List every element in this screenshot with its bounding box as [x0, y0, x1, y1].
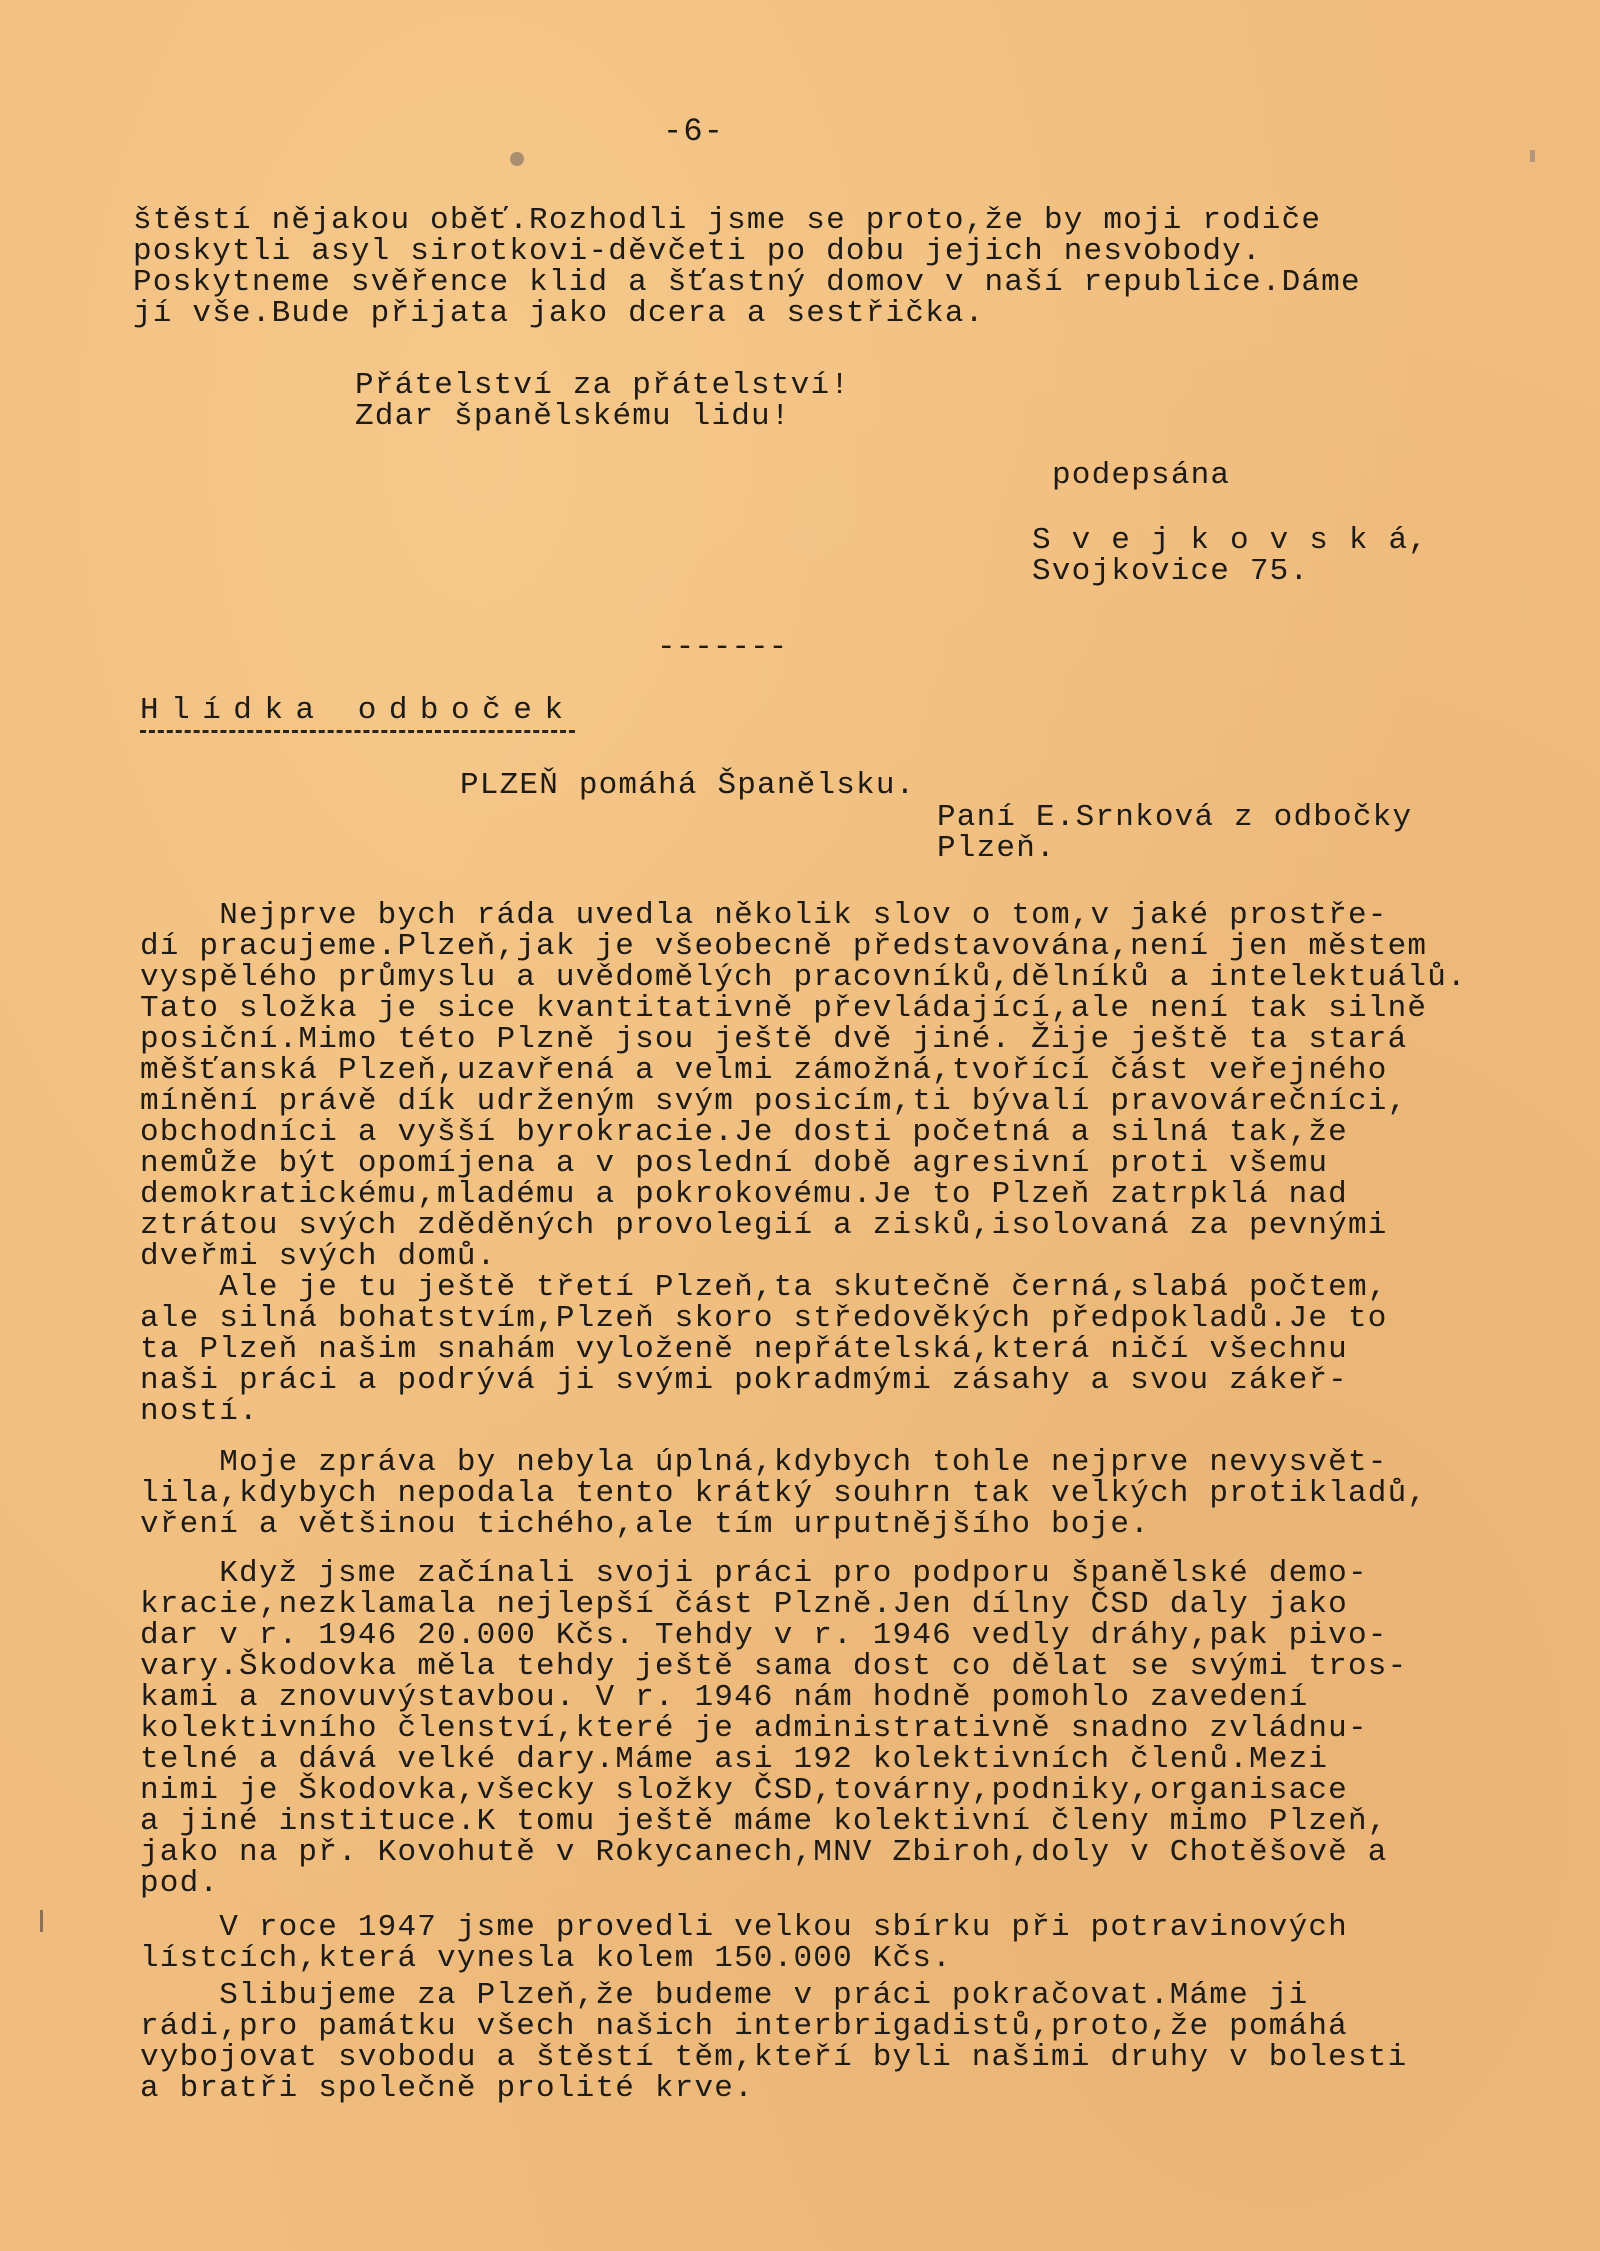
- signature-label: podepsána: [1052, 460, 1230, 491]
- margin-mark: [1530, 150, 1535, 162]
- body-line: demokratickému,mladému a pokrokovému.Je …: [140, 1179, 1348, 1210]
- body-line: naši práci a podrývá ji svými pokradmými…: [140, 1365, 1348, 1396]
- body-line: ale silná bohatstvím,Plzeň skoro středov…: [140, 1303, 1388, 1334]
- body-line: vary.Škodovka měla tehdy ještě sama dost…: [140, 1651, 1407, 1682]
- body-line: pod.: [140, 1868, 219, 1899]
- body-line: a bratři společně prolité krve.: [140, 2073, 754, 2104]
- body-line: vření a většinou tichého,ale tím urputně…: [140, 1509, 1150, 1540]
- body-line: mínění právě dík udrženým svým posicím,t…: [140, 1086, 1407, 1117]
- body-line: Nejprve bych ráda uvedla několik slov o …: [140, 900, 1388, 931]
- body-line: ta Plzeň našim snahám vyloženě nepřátels…: [140, 1334, 1348, 1365]
- body-line: obchodníci a vyšší byrokracie.Je dosti p…: [140, 1117, 1348, 1148]
- opening-line-2: poskytli asyl sirotkovi-děvčeti po dobu …: [133, 236, 1262, 267]
- body-line: lístcích,která vynesla kolem 150.000 Kčs…: [140, 1943, 952, 1974]
- body-line: telné a dává velké dary.Máme asi 192 kol…: [140, 1744, 1328, 1775]
- body-line: Moje zpráva by nebyla úplná,kdybych tohl…: [140, 1447, 1388, 1478]
- body-line: posiční.Mimo této Plzně jsou ještě dvě j…: [140, 1024, 1407, 1055]
- slogan-spanish-people: Zdar španělskému lidu!: [355, 401, 791, 432]
- body-line: Slibujeme za Plzeň,že budeme v práci pok…: [140, 1980, 1308, 2011]
- body-line: nemůže být opomíjena a v poslední době a…: [140, 1148, 1328, 1179]
- margin-mark: [40, 1910, 43, 1932]
- page-number: -6-: [663, 116, 724, 147]
- document-page: -6- štěstí nějakou oběť.Rozhodli jsme se…: [0, 0, 1600, 2251]
- body-line: ností.: [140, 1396, 259, 1427]
- body-line: nimi je Škodovka,všecky složky ČSD,továr…: [140, 1775, 1348, 1806]
- body-line: kolektivního členství,které je administr…: [140, 1713, 1368, 1744]
- body-line: V roce 1947 jsme provedli velkou sbírku …: [140, 1912, 1348, 1943]
- opening-line-4: jí vše.Bude přijata jako dcera a sestřič…: [133, 298, 985, 329]
- body-line: dí pracujeme.Plzeň,jak je všeobecně před…: [140, 931, 1427, 962]
- body-line: Ale je tu ještě třetí Plzeň,ta skutečně …: [140, 1272, 1388, 1303]
- section-divider: -------: [657, 632, 787, 663]
- body-line: kami a znovuvýstavbou. V r. 1946 nám hod…: [140, 1682, 1308, 1713]
- ink-stain: [510, 152, 524, 166]
- body-line: Když jsme začínali svoji práci pro podpo…: [140, 1558, 1368, 1589]
- body-line: měšťanská Plzeň,uzavřená a velmi zámožná…: [140, 1055, 1388, 1086]
- body-line: vybojovat svobodu a štěstí těm,kteří byl…: [140, 2042, 1407, 2073]
- body-line: jako na př. Kovohutě v Rokycanech,MNV Zb…: [140, 1837, 1388, 1868]
- slogan-friendship: Přátelství za přátelství!: [355, 370, 850, 401]
- signature-name: S v e j k o v s k á,: [1032, 525, 1428, 556]
- opening-line-1: štěstí nějakou oběť.Rozhodli jsme se pro…: [133, 205, 1321, 236]
- body-line: rádi,pro památku všech našich interbriga…: [140, 2011, 1348, 2042]
- body-line: a jiné instituce.K tomu ještě máme kolek…: [140, 1806, 1388, 1837]
- signature-address: Svojkovice 75.: [1032, 556, 1309, 587]
- body-line: dveřmi svých domů.: [140, 1241, 496, 1272]
- body-line: ztrátou svých zděděných provolegií a zis…: [140, 1210, 1388, 1241]
- body-line: dar v r. 1946 20.000 Kčs. Tehdy v r. 194…: [140, 1620, 1388, 1651]
- body-line: vyspělého průmyslu a uvědomělých pracovn…: [140, 962, 1467, 993]
- body-line: lila,kdybych nepodala tento krátký souhr…: [140, 1478, 1427, 1509]
- opening-line-3: Poskytneme svěřence klid a šťastný domov…: [133, 267, 1361, 298]
- body-line: kracie,nezklamala nejlepší část Plzně.Je…: [140, 1589, 1348, 1620]
- article-author: Paní E.Srnková z odbočky: [937, 802, 1412, 833]
- article-title: PLZEŇ pomáhá Španělsku.: [460, 770, 915, 801]
- article-author-branch: Plzeň.: [937, 833, 1056, 864]
- section-heading: Hlídka odboček: [140, 695, 575, 733]
- body-line: Tato složka je sice kvantitativně převlá…: [140, 993, 1427, 1024]
